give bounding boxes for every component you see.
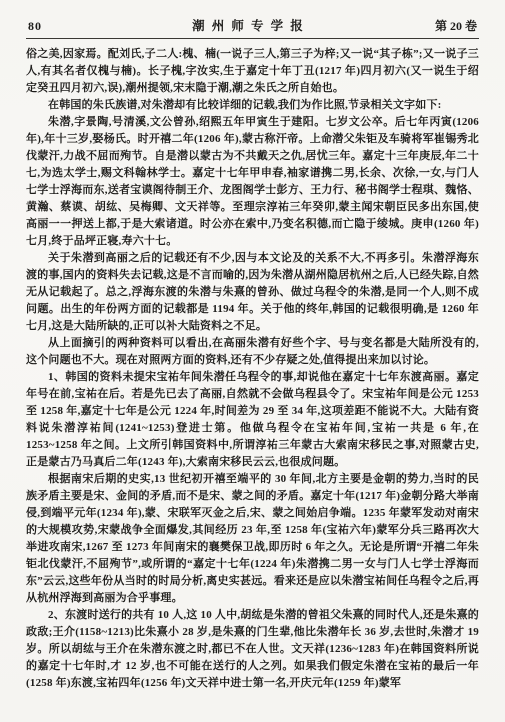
journal-page: 80 潮 州 师 专 学 报 第 20 卷 俗之美,因家焉。配刘氏,子二人:槐、… [0, 0, 505, 722]
paragraph: 从上面摘引的两种资料可以看出,在高丽朱潜有好些个字、号与变名都是大陆所没有的,这… [26, 335, 479, 369]
paragraph: 根据南宋后期的史实,13 世纪初开禧至端平的 30 年间,北方主要是金朝的势力,… [26, 471, 479, 607]
paragraph: 朱潜,字景陶,号清溪,文公曾孙,绍熙五年甲寅生于建阳。七岁文公卒。后七年丙寅(1… [26, 114, 479, 250]
page-number: 80 [28, 19, 68, 34]
journal-title: 潮 州 师 专 学 报 [68, 16, 429, 34]
header-rule [26, 38, 479, 39]
paragraph: 2、东渡时送行的共有 10 人,这 10 人中,胡纮是朱潜的曾祖父朱熹的同时代人… [26, 607, 479, 692]
article-body: 俗之美,因家焉。配刘氏,子二人:槐、楠(一说子三人,第三子为梓;又一说“其子栋”… [26, 46, 479, 692]
page-header: 80 潮 州 师 专 学 报 第 20 卷 [26, 16, 479, 38]
paragraph: 1、韩国的资料未提宋宝祐年间朱潜任乌程令的事,却说他在嘉定十七年东渡高丽。嘉定年… [26, 369, 479, 471]
paragraph: 俗之美,因家焉。配刘氏,子二人:槐、楠(一说子三人,第三子为梓;又一说“其子栋”… [26, 46, 479, 97]
paragraph: 关于朱潜到高丽之后的记载还有不少,因与本文论及的关系不大,不再多引。朱潜浮海东渡… [26, 250, 479, 335]
volume-label: 第 20 卷 [429, 17, 477, 34]
paragraph: 在韩国的朱氏族谱,对朱潜却有比较详细的记载,我们为作比照,节录相关文字如下: [26, 97, 479, 114]
